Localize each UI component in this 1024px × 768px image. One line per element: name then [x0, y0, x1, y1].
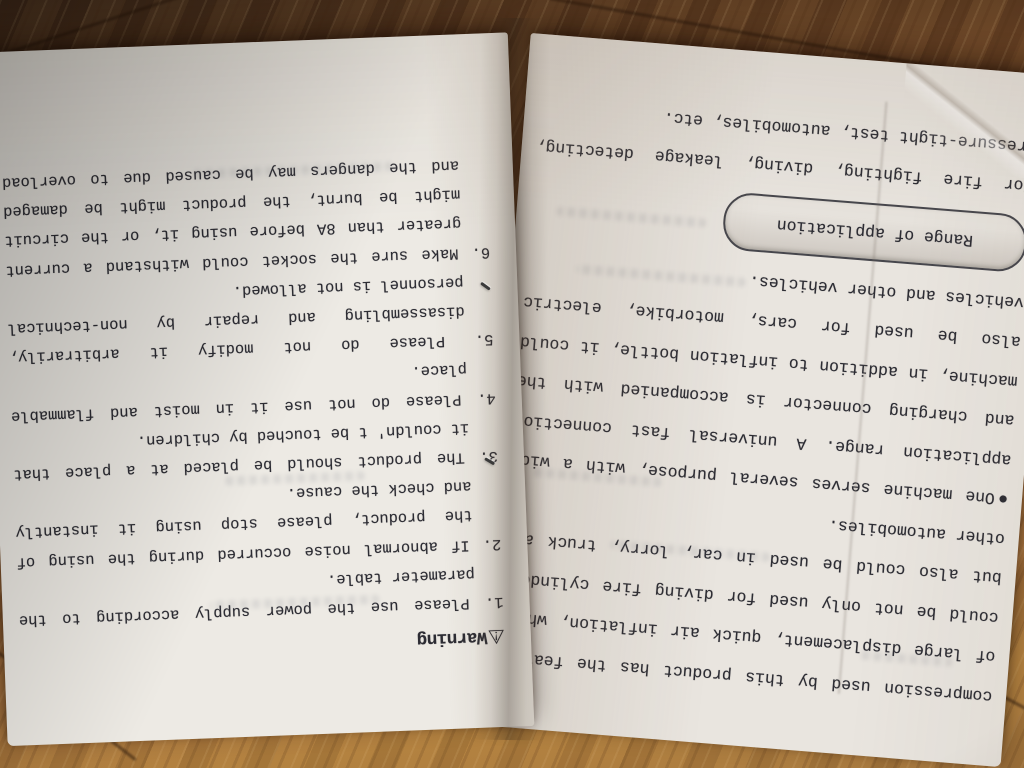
warning-page: ⚠ Warning 1. Please use the power supply…	[0, 32, 534, 746]
range-of-application-page: compression used by this product has the…	[475, 33, 1024, 767]
booklet-spine-fold	[473, 18, 551, 741]
photo-scene: compression used by this product has the…	[0, 0, 1024, 768]
warning-page-text: ⚠ Warning 1. Please use the power supply…	[1, 149, 505, 671]
page-corner-crease	[898, 63, 1024, 180]
manual-booklet: compression used by this product has the…	[0, 21, 1024, 738]
range-page-text: compression used by this product has the…	[493, 87, 1024, 716]
